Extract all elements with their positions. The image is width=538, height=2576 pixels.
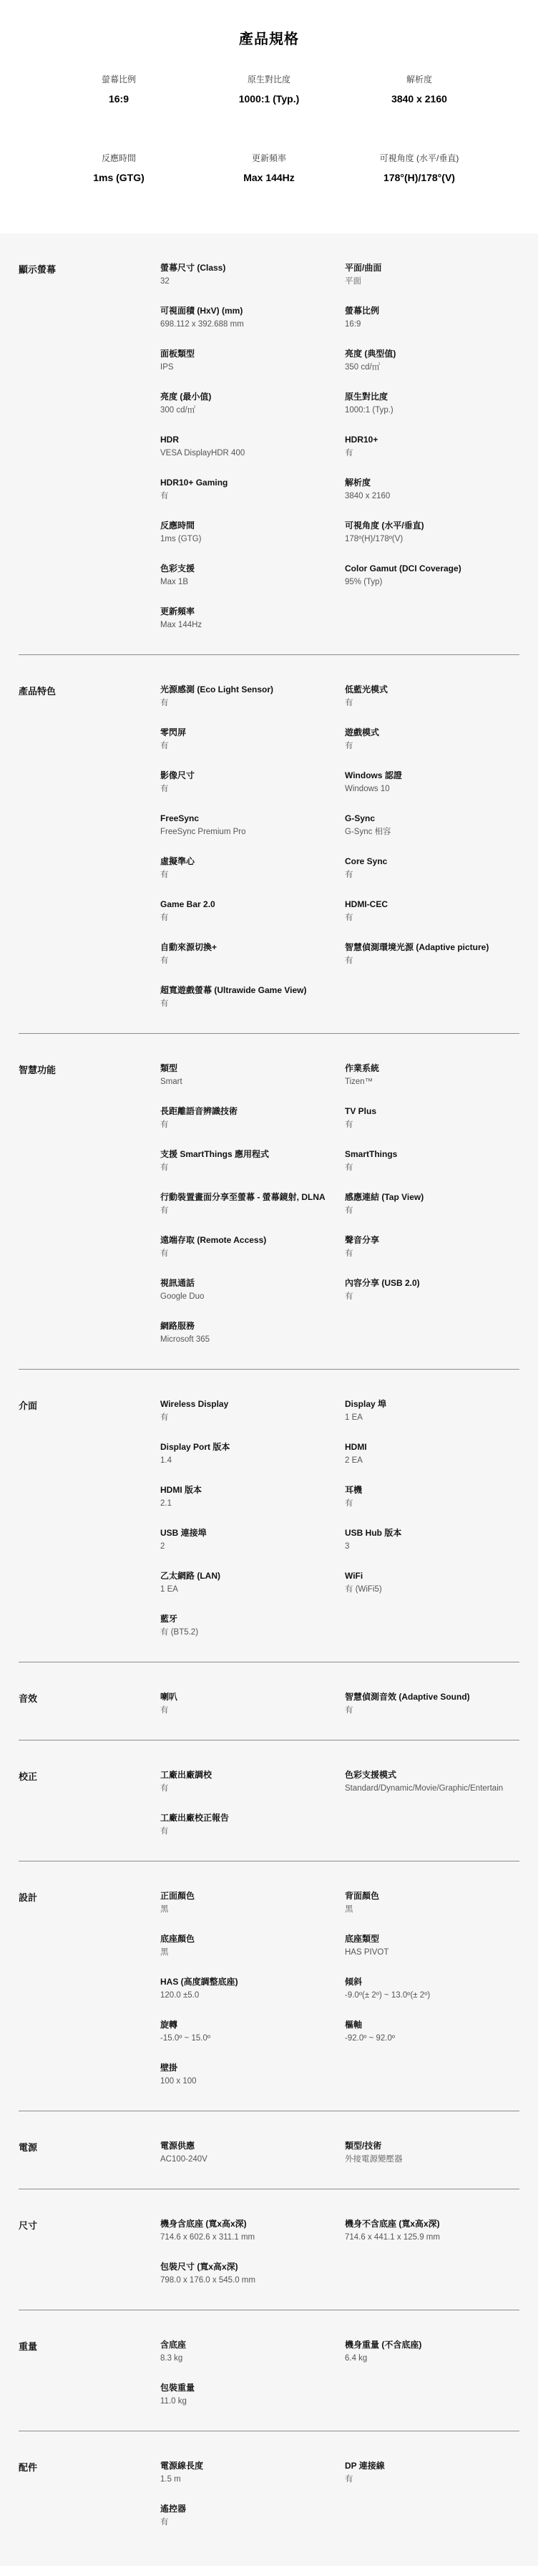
spec-value: 1000:1 (Typ.)	[345, 405, 519, 417]
spec-value: Max 144Hz	[160, 619, 345, 631]
spec-item: 網路服務 Microsoft 365	[160, 1320, 345, 1363]
spec-value: VESA DisplayHDR 400	[160, 447, 345, 460]
spec-value: 714.6 x 441.1 x 125.9 mm	[345, 2232, 519, 2244]
spec-value: -9.0º(± 2º) ~ 13.0º(± 2º)	[345, 1990, 519, 2002]
spec-value: Windows 10	[345, 783, 519, 795]
spec-label: 解析度	[345, 477, 519, 489]
spec-item: Display Port 版本 1.4	[160, 1441, 345, 1484]
spec-highlights-header: 產品規格 螢幕比例 16:9 原生對比度 1000:1 (Typ.) 解析度 3…	[0, 0, 538, 233]
spec-item: 長距離語音辨識技術 有	[160, 1105, 345, 1148]
spec-item: 機身含底座 (寬x高x深) 714.6 x 602.6 x 311.1 mm	[160, 2218, 345, 2261]
spec-value: 有	[160, 2517, 345, 2529]
spec-label: 反應時間	[160, 520, 345, 532]
spec-item: 亮度 (最小值) 300 cd/㎡	[160, 391, 345, 434]
spec-label: WiFi	[345, 1570, 519, 1582]
spec-label: Windows 認證	[345, 770, 519, 782]
spec-value: 有	[160, 1705, 345, 1717]
spec-section-8: 尺寸 機身含底座 (寬x高x深) 714.6 x 602.6 x 311.1 m…	[19, 2189, 519, 2310]
spec-label: 類型/技術	[345, 2140, 519, 2152]
spec-label: 超寬遊戲螢幕 (Ultrawide Game View)	[160, 984, 345, 997]
section-title: 重量	[19, 2339, 160, 2425]
section-items: 喇叭 有 智慧偵測音效 (Adaptive Sound) 有	[160, 1691, 519, 1734]
spec-value: 有	[160, 1783, 345, 1795]
spec-label: 智慧偵測音效 (Adaptive Sound)	[345, 1691, 519, 1703]
spec-item: 背面顏色 黑	[345, 1890, 519, 1933]
spec-value: 1.5 m	[160, 2474, 345, 2486]
spec-label: 低藍光模式	[345, 684, 519, 696]
spec-value: 95% (Typ)	[345, 576, 519, 589]
highlight-item: 解析度 3840 x 2160	[344, 74, 494, 110]
spec-value: Smart	[160, 1076, 345, 1088]
spec-label: 網路服務	[160, 1320, 345, 1332]
section-title: 尺寸	[19, 2218, 160, 2304]
spec-section-7: 電源 電源供應 AC100-240V 類型/技術 外接電源變壓器	[19, 2111, 519, 2189]
spec-value: 178º(H)/178º(V)	[345, 533, 519, 546]
spec-value: 有	[345, 447, 519, 460]
spec-label: HAS (高度調整底座)	[160, 1976, 345, 1988]
spec-item: 色彩支援模式 Standard/Dynamic/Movie/Graphic/En…	[345, 1769, 519, 1812]
highlight-label: 反應時間	[44, 152, 194, 164]
spec-value: G-Sync 相容	[345, 826, 519, 838]
section-title: 顯示螢幕	[19, 262, 160, 649]
spec-label: 正面顏色	[160, 1890, 345, 1902]
spec-label: 色彩支援模式	[345, 1769, 519, 1781]
spec-item: G-Sync G-Sync 相容	[345, 813, 519, 856]
spec-section-10: 配件 電源線長度 1.5 m DP 連接線 有 遙控器 有	[19, 2431, 519, 2552]
page-title: 產品規格	[0, 27, 538, 48]
spec-label: 藍牙	[160, 1613, 345, 1625]
spec-value: 350 cd/㎡	[345, 362, 519, 374]
spec-value: 2.1	[160, 1498, 345, 1510]
spec-value: 有 (WiFi5)	[345, 1584, 519, 1596]
spec-value: 32	[160, 276, 345, 288]
highlight-label: 解析度	[344, 74, 494, 85]
spec-item: Core Sync 有	[345, 856, 519, 899]
spec-value: -92.0º ~ 92.0º	[345, 2033, 519, 2045]
highlight-item: 螢幕比例 16:9	[44, 74, 194, 110]
spec-item: 包裝尺寸 (寬x高x深) 798.0 x 176.0 x 545.0 mm	[160, 2261, 345, 2304]
spec-section-3: 介面 Wireless Display 有 Display 埠 1 EA Dis…	[19, 1369, 519, 1662]
spec-label: 原生對比度	[345, 391, 519, 403]
spec-value: 2	[160, 1541, 345, 1553]
spec-item: FreeSync FreeSync Premium Pro	[160, 813, 345, 856]
highlight-value: 1ms (GTG)	[44, 171, 194, 184]
spec-item: DP 連接線 有	[345, 2460, 519, 2503]
spec-value: 有	[345, 740, 519, 752]
spec-item: 光源感測 (Eco Light Sensor) 有	[160, 684, 345, 727]
spec-value: 11.0 kg	[160, 2396, 345, 2408]
section-title: 智慧功能	[19, 1062, 160, 1363]
spec-item: 零閃屏 有	[160, 727, 345, 770]
section-items: 正面顏色 黑 背面顏色 黑 底座顏色 黑 底座類型 HAS PIVOT HAS …	[160, 1890, 519, 2105]
spec-table: 顯示螢幕 螢幕尺寸 (Class) 32 平面/曲面 平面 可視面積 (HxV)…	[0, 233, 538, 2566]
spec-item: 亮度 (典型值) 350 cd/㎡	[345, 348, 519, 391]
spec-label: 樞軸	[345, 2019, 519, 2031]
spec-value: 1.4	[160, 1455, 345, 1467]
spec-label: 光源感測 (Eco Light Sensor)	[160, 684, 345, 696]
spec-item: 遙控器 有	[160, 2503, 345, 2546]
spec-label: 視訊通話	[160, 1277, 345, 1289]
section-title: 電源	[19, 2140, 160, 2183]
spec-item: Color Gamut (DCI Coverage) 95% (Typ)	[345, 563, 519, 606]
spec-label: Core Sync	[345, 856, 519, 868]
spec-label: 行動裝置畫面分享至螢幕 - 螢幕鏡射, DLNA	[160, 1191, 345, 1204]
spec-label: 感應連結 (Tap View)	[345, 1191, 519, 1204]
spec-label: 聲音分享	[345, 1234, 519, 1246]
spec-label: 平面/曲面	[345, 262, 519, 274]
spec-section-4: 音效 喇叭 有 智慧偵測音效 (Adaptive Sound) 有	[19, 1662, 519, 1740]
spec-value: 698.112 x 392.688 mm	[160, 319, 345, 331]
spec-section-5: 校正 工廠出廠調校 有 色彩支援模式 Standard/Dynamic/Movi…	[19, 1740, 519, 1861]
spec-item: 工廠出廠調校 有	[160, 1769, 345, 1812]
spec-value: 1 EA	[345, 1412, 519, 1424]
spec-value: 有	[345, 2474, 519, 2486]
section-items: 工廠出廠調校 有 色彩支援模式 Standard/Dynamic/Movie/G…	[160, 1769, 519, 1855]
spec-label: 更新頻率	[160, 606, 345, 618]
spec-value: 有	[345, 955, 519, 967]
spec-item: 行動裝置畫面分享至螢幕 - 螢幕鏡射, DLNA 有	[160, 1191, 345, 1234]
spec-value: HAS PIVOT	[345, 1947, 519, 1959]
spec-section-0: 顯示螢幕 螢幕尺寸 (Class) 32 平面/曲面 平面 可視面積 (HxV)…	[19, 233, 519, 654]
spec-label: 包裝尺寸 (寬x高x深)	[160, 2261, 345, 2273]
spec-item: 包裝重量 11.0 kg	[160, 2382, 345, 2425]
spec-item: 螢幕比例 16:9	[345, 305, 519, 348]
spec-value: 有	[345, 1498, 519, 1510]
spec-item: 機身重量 (不含底座) 6.4 kg	[345, 2339, 519, 2382]
spec-value: 黑	[345, 1904, 519, 1916]
spec-label: 作業系統	[345, 1062, 519, 1075]
spec-label: 螢幕比例	[345, 305, 519, 317]
spec-item: 旋轉 -15.0º ~ 15.0º	[160, 2019, 345, 2062]
spec-label: USB 連接埠	[160, 1527, 345, 1539]
section-title: 校正	[19, 1769, 160, 1855]
highlight-value: 3840 x 2160	[344, 92, 494, 105]
spec-item: 含底座 8.3 kg	[160, 2339, 345, 2382]
spec-value: 有	[345, 1119, 519, 1131]
spec-label: DP 連接線	[345, 2460, 519, 2472]
spec-item: 色彩支援 Max 1B	[160, 563, 345, 606]
spec-label: HDMI	[345, 1441, 519, 1453]
spec-label: 面板類型	[160, 348, 345, 360]
spec-label: 機身含底座 (寬x高x深)	[160, 2218, 345, 2230]
spec-item: 藍牙 有 (BT5.2)	[160, 1613, 345, 1656]
spec-label: TV Plus	[345, 1105, 519, 1118]
section-items: 螢幕尺寸 (Class) 32 平面/曲面 平面 可視面積 (HxV) (mm)…	[160, 262, 519, 649]
spec-item: 面板類型 IPS	[160, 348, 345, 391]
spec-item: WiFi 有 (WiFi5)	[345, 1570, 519, 1613]
spec-value: 有	[345, 1162, 519, 1174]
spec-label: 色彩支援	[160, 563, 345, 575]
spec-label: Display 埠	[345, 1398, 519, 1410]
spec-value: Max 1B	[160, 576, 345, 589]
spec-item: 類型/技術 外接電源變壓器	[345, 2140, 519, 2183]
spec-value: Google Duo	[160, 1291, 345, 1303]
spec-item: 低藍光模式 有	[345, 684, 519, 727]
spec-item: 虛擬準心 有	[160, 856, 345, 899]
spec-item: TV Plus 有	[345, 1105, 519, 1148]
spec-label: 耳機	[345, 1484, 519, 1496]
spec-item: 類型 Smart	[160, 1062, 345, 1105]
spec-item: 壁掛 100 x 100	[160, 2062, 345, 2105]
spec-value: 有	[160, 1248, 345, 1260]
spec-label: 包裝重量	[160, 2382, 345, 2394]
section-items: 類型 Smart 作業系統 Tizen™ 長距離語音辨識技術 有 TV Plus…	[160, 1062, 519, 1363]
spec-item: 智慧偵測音效 (Adaptive Sound) 有	[345, 1691, 519, 1734]
spec-label: 壁掛	[160, 2062, 345, 2074]
spec-value: 有	[345, 1705, 519, 1717]
spec-value: 有	[345, 697, 519, 710]
spec-label: 傾斜	[345, 1976, 519, 1988]
spec-label: USB Hub 版本	[345, 1527, 519, 1539]
section-items: 機身含底座 (寬x高x深) 714.6 x 602.6 x 311.1 mm 機…	[160, 2218, 519, 2304]
spec-label: 乙太網路 (LAN)	[160, 1570, 345, 1582]
spec-value: 有	[345, 912, 519, 924]
section-items: 電源供應 AC100-240V 類型/技術 外接電源變壓器	[160, 2140, 519, 2183]
spec-item: HDMI 2 EA	[345, 1441, 519, 1484]
spec-item: 遠端存取 (Remote Access) 有	[160, 1234, 345, 1277]
spec-label: 遙控器	[160, 2503, 345, 2515]
spec-value: 2 EA	[345, 1455, 519, 1467]
spec-value: 有	[345, 869, 519, 881]
spec-label: 機身不含底座 (寬x高x深)	[345, 2218, 519, 2230]
spec-label: 可視面積 (HxV) (mm)	[160, 305, 345, 317]
spec-value: 有	[160, 490, 345, 503]
spec-value: 黑	[160, 1947, 345, 1959]
spec-item: HDR VESA DisplayHDR 400	[160, 434, 345, 477]
spec-value: 1ms (GTG)	[160, 533, 345, 546]
spec-label: HDR10+	[345, 434, 519, 446]
highlight-item: 更新頻率 Max 144Hz	[194, 152, 344, 188]
spec-item: 支援 SmartThings 應用程式 有	[160, 1148, 345, 1191]
spec-label: 類型	[160, 1062, 345, 1075]
spec-item: 更新頻率 Max 144Hz	[160, 606, 345, 649]
spec-label: 自動來源切換+	[160, 941, 345, 954]
spec-item: 可視角度 (水平/垂直) 178º(H)/178º(V)	[345, 520, 519, 563]
spec-value: 714.6 x 602.6 x 311.1 mm	[160, 2232, 345, 2244]
spec-item: 電源供應 AC100-240V	[160, 2140, 345, 2183]
section-items: 電源線長度 1.5 m DP 連接線 有 遙控器 有	[160, 2460, 519, 2546]
spec-value: FreeSync Premium Pro	[160, 826, 345, 838]
spec-label: 內容分享 (USB 2.0)	[345, 1277, 519, 1289]
spec-label: 虛擬準心	[160, 856, 345, 868]
spec-section-1: 產品特色 光源感測 (Eco Light Sensor) 有 低藍光模式 有 零…	[19, 654, 519, 1033]
spec-label: HDR	[160, 434, 345, 446]
spec-value: 100 x 100	[160, 2076, 345, 2088]
spec-label: 電源供應	[160, 2140, 345, 2152]
highlight-item: 可視角度 (水平/垂直) 178°(H)/178°(V)	[344, 152, 494, 188]
spec-label: Wireless Display	[160, 1398, 345, 1410]
spec-value: Microsoft 365	[160, 1334, 345, 1346]
spec-label: 支援 SmartThings 應用程式	[160, 1148, 345, 1161]
spec-item: 正面顏色 黑	[160, 1890, 345, 1933]
spec-item: HDMI-CEC 有	[345, 899, 519, 941]
spec-label: Display Port 版本	[160, 1441, 345, 1453]
spec-label: 電源線長度	[160, 2460, 345, 2472]
highlight-value: 1000:1 (Typ.)	[194, 92, 344, 105]
spec-item: 內容分享 (USB 2.0) 有	[345, 1277, 519, 1320]
highlight-value: 178°(H)/178°(V)	[344, 171, 494, 184]
spec-label: 背面顏色	[345, 1890, 519, 1902]
highlight-label: 原生對比度	[194, 74, 344, 85]
section-title: 音效	[19, 1691, 160, 1734]
spec-label: 亮度 (最小值)	[160, 391, 345, 403]
spec-item: 螢幕尺寸 (Class) 32	[160, 262, 345, 305]
highlight-value: Max 144Hz	[194, 171, 344, 184]
spec-item: Wireless Display 有	[160, 1398, 345, 1441]
spec-value: 120.0 ±5.0	[160, 1990, 345, 2002]
spec-item: 底座類型 HAS PIVOT	[345, 1933, 519, 1976]
highlight-value: 16:9	[44, 92, 194, 105]
spec-label: 底座顏色	[160, 1933, 345, 1945]
spec-item: HDR10+ Gaming 有	[160, 477, 345, 520]
spec-item: USB Hub 版本 3	[345, 1527, 519, 1570]
spec-label: 亮度 (典型值)	[345, 348, 519, 360]
spec-value: 798.0 x 176.0 x 545.0 mm	[160, 2275, 345, 2287]
spec-value: 3	[345, 1541, 519, 1553]
spec-value: 有	[160, 1826, 345, 1838]
spec-label: 長距離語音辨識技術	[160, 1105, 345, 1118]
spec-item: SmartThings 有	[345, 1148, 519, 1191]
spec-label: Color Gamut (DCI Coverage)	[345, 563, 519, 575]
spec-label: SmartThings	[345, 1148, 519, 1161]
highlights-grid: 螢幕比例 16:9 原生對比度 1000:1 (Typ.) 解析度 3840 x…	[44, 74, 494, 188]
spec-value: 有	[160, 740, 345, 752]
spec-label: 底座類型	[345, 1933, 519, 1945]
spec-item: 遊戲模式 有	[345, 727, 519, 770]
spec-label: 喇叭	[160, 1691, 345, 1703]
spec-label: 零閃屏	[160, 727, 345, 739]
section-items: Wireless Display 有 Display 埠 1 EA Displa…	[160, 1398, 519, 1656]
highlight-label: 更新頻率	[194, 152, 344, 164]
section-title: 設計	[19, 1890, 160, 2105]
spec-item: Windows 認證 Windows 10	[345, 770, 519, 813]
spec-value: 有	[345, 1248, 519, 1260]
spec-item: 作業系統 Tizen™	[345, 1062, 519, 1105]
spec-section-9: 重量 含底座 8.3 kg 機身重量 (不含底座) 6.4 kg 包裝重量 11…	[19, 2310, 519, 2431]
spec-item: HAS (高度調整底座) 120.0 ±5.0	[160, 1976, 345, 2019]
spec-value: 有	[160, 1162, 345, 1174]
spec-value: 6.4 kg	[345, 2353, 519, 2365]
spec-label: 遠端存取 (Remote Access)	[160, 1234, 345, 1246]
spec-label: 遊戲模式	[345, 727, 519, 739]
spec-item: 樞軸 -92.0º ~ 92.0º	[345, 2019, 519, 2062]
spec-item: 工廠出廠校正報告 有	[160, 1812, 345, 1855]
spec-item: 平面/曲面 平面	[345, 262, 519, 305]
section-title: 配件	[19, 2460, 160, 2546]
spec-label: HDMI 版本	[160, 1484, 345, 1496]
spec-value: 有	[160, 783, 345, 795]
spec-item: 原生對比度 1000:1 (Typ.)	[345, 391, 519, 434]
spec-value: 有	[160, 912, 345, 924]
spec-section-6: 設計 正面顏色 黑 背面顏色 黑 底座顏色 黑 底座類型 HAS PIVOT H…	[19, 1861, 519, 2111]
spec-item: 電源線長度 1.5 m	[160, 2460, 345, 2503]
section-items: 含底座 8.3 kg 機身重量 (不含底座) 6.4 kg 包裝重量 11.0 …	[160, 2339, 519, 2425]
spec-label: 含底座	[160, 2339, 345, 2351]
spec-label: FreeSync	[160, 813, 345, 825]
spec-value: IPS	[160, 362, 345, 374]
spec-label: 工廠出廠校正報告	[160, 1812, 345, 1824]
spec-value: AC100-240V	[160, 2154, 345, 2166]
spec-item: HDMI 版本 2.1	[160, 1484, 345, 1527]
spec-item: 智慧偵測環境光源 (Adaptive picture) 有	[345, 941, 519, 984]
spec-item: 底座顏色 黑	[160, 1933, 345, 1976]
spec-label: 智慧偵測環境光源 (Adaptive picture)	[345, 941, 519, 954]
section-title: 產品特色	[19, 684, 160, 1027]
spec-item: 傾斜 -9.0º(± 2º) ~ 13.0º(± 2º)	[345, 1976, 519, 2019]
highlight-label: 螢幕比例	[44, 74, 194, 85]
spec-value: 有	[160, 1119, 345, 1131]
spec-value: 有	[160, 998, 345, 1010]
highlight-item: 反應時間 1ms (GTG)	[44, 152, 194, 188]
spec-value: Standard/Dynamic/Movie/Graphic/Entertain	[345, 1783, 519, 1795]
spec-item: 視訊通話 Google Duo	[160, 1277, 345, 1320]
spec-value: 外接電源變壓器	[345, 2154, 519, 2166]
spec-label: Game Bar 2.0	[160, 899, 345, 911]
spec-value: 有	[345, 1291, 519, 1303]
section-title: 介面	[19, 1398, 160, 1656]
spec-value: 16:9	[345, 319, 519, 331]
spec-value: 8.3 kg	[160, 2353, 345, 2365]
spec-label: HDMI-CEC	[345, 899, 519, 911]
spec-value: 有	[160, 1412, 345, 1424]
spec-value: 有	[160, 955, 345, 967]
spec-value: 平面	[345, 276, 519, 288]
spec-item: 自動來源切換+ 有	[160, 941, 345, 984]
highlight-item: 原生對比度 1000:1 (Typ.)	[194, 74, 344, 110]
spec-value: 有	[160, 869, 345, 881]
spec-item: 超寬遊戲螢幕 (Ultrawide Game View) 有	[160, 984, 345, 1027]
spec-item: 反應時間 1ms (GTG)	[160, 520, 345, 563]
spec-label: 螢幕尺寸 (Class)	[160, 262, 345, 274]
spec-item: 解析度 3840 x 2160	[345, 477, 519, 520]
spec-item: 感應連結 (Tap View) 有	[345, 1191, 519, 1234]
spec-item: Display 埠 1 EA	[345, 1398, 519, 1441]
spec-label: 機身重量 (不含底座)	[345, 2339, 519, 2351]
spec-label: 影像尺寸	[160, 770, 345, 782]
spec-value: 有	[160, 1205, 345, 1217]
spec-label: 旋轉	[160, 2019, 345, 2031]
spec-value: 有 (BT5.2)	[160, 1627, 345, 1639]
spec-label: HDR10+ Gaming	[160, 477, 345, 489]
spec-value: 3840 x 2160	[345, 490, 519, 503]
spec-label: G-Sync	[345, 813, 519, 825]
spec-label: 可視角度 (水平/垂直)	[345, 520, 519, 532]
spec-item: 可視面積 (HxV) (mm) 698.112 x 392.688 mm	[160, 305, 345, 348]
spec-item: 影像尺寸 有	[160, 770, 345, 813]
spec-section-2: 智慧功能 類型 Smart 作業系統 Tizen™ 長距離語音辨識技術 有 TV…	[19, 1033, 519, 1369]
spec-item: 喇叭 有	[160, 1691, 345, 1734]
spec-value: 300 cd/㎡	[160, 405, 345, 417]
highlight-label: 可視角度 (水平/垂直)	[344, 152, 494, 164]
spec-item: Game Bar 2.0 有	[160, 899, 345, 941]
spec-value: 黑	[160, 1904, 345, 1916]
section-items: 光源感測 (Eco Light Sensor) 有 低藍光模式 有 零閃屏 有 …	[160, 684, 519, 1027]
spec-value: Tizen™	[345, 1076, 519, 1088]
spec-item: 機身不含底座 (寬x高x深) 714.6 x 441.1 x 125.9 mm	[345, 2218, 519, 2261]
spec-item: 乙太網路 (LAN) 1 EA	[160, 1570, 345, 1613]
spec-label: 工廠出廠調校	[160, 1769, 345, 1781]
spec-item: 聲音分享 有	[345, 1234, 519, 1277]
spec-item: 耳機 有	[345, 1484, 519, 1527]
spec-value: -15.0º ~ 15.0º	[160, 2033, 345, 2045]
spec-item: USB 連接埠 2	[160, 1527, 345, 1570]
spec-value: 有	[160, 697, 345, 710]
spec-value: 1 EA	[160, 1584, 345, 1596]
spec-item: HDR10+ 有	[345, 434, 519, 477]
spec-value: 有	[345, 1205, 519, 1217]
